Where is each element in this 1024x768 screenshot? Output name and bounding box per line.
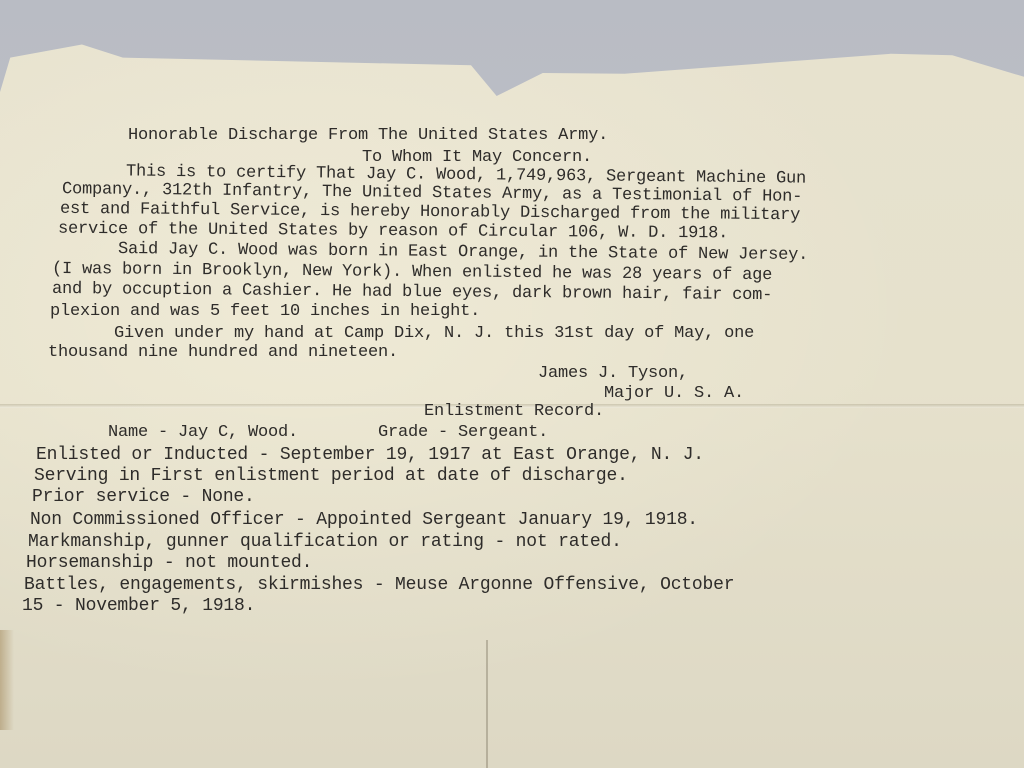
record-line: Markmanship, gunner qualification or rat…	[28, 532, 622, 552]
record-line: Non Commissioned Officer - Appointed Ser…	[30, 510, 698, 530]
signature-name: James J. Tyson,	[538, 364, 688, 384]
body-line: Given under my hand at Camp Dix, N. J. t…	[114, 324, 754, 344]
enlistment-record-heading: Enlistment Record.	[424, 402, 604, 422]
record-line: 15 - November 5, 1918.	[22, 596, 255, 616]
discharge-document: Honorable Discharge From The United Stat…	[0, 0, 1024, 768]
body-line: plexion and was 5 feet 10 inches in heig…	[50, 302, 480, 322]
record-line: Prior service - None.	[32, 487, 255, 507]
body-line: thousand nine hundred and nineteen.	[48, 343, 398, 363]
signature-rank: Major U. S. A.	[604, 384, 744, 404]
name-grade-line: Name - Jay C, Wood. Grade - Sergeant.	[108, 423, 548, 443]
record-line: Enlisted or Inducted - September 19, 191…	[36, 445, 704, 465]
document-title: Honorable Discharge From The United Stat…	[128, 126, 608, 146]
record-line: Serving in First enlistment period at da…	[34, 466, 628, 486]
record-line: Horsemanship - not mounted.	[26, 553, 312, 573]
record-line: Battles, engagements, skirmishes - Meuse…	[24, 575, 734, 595]
